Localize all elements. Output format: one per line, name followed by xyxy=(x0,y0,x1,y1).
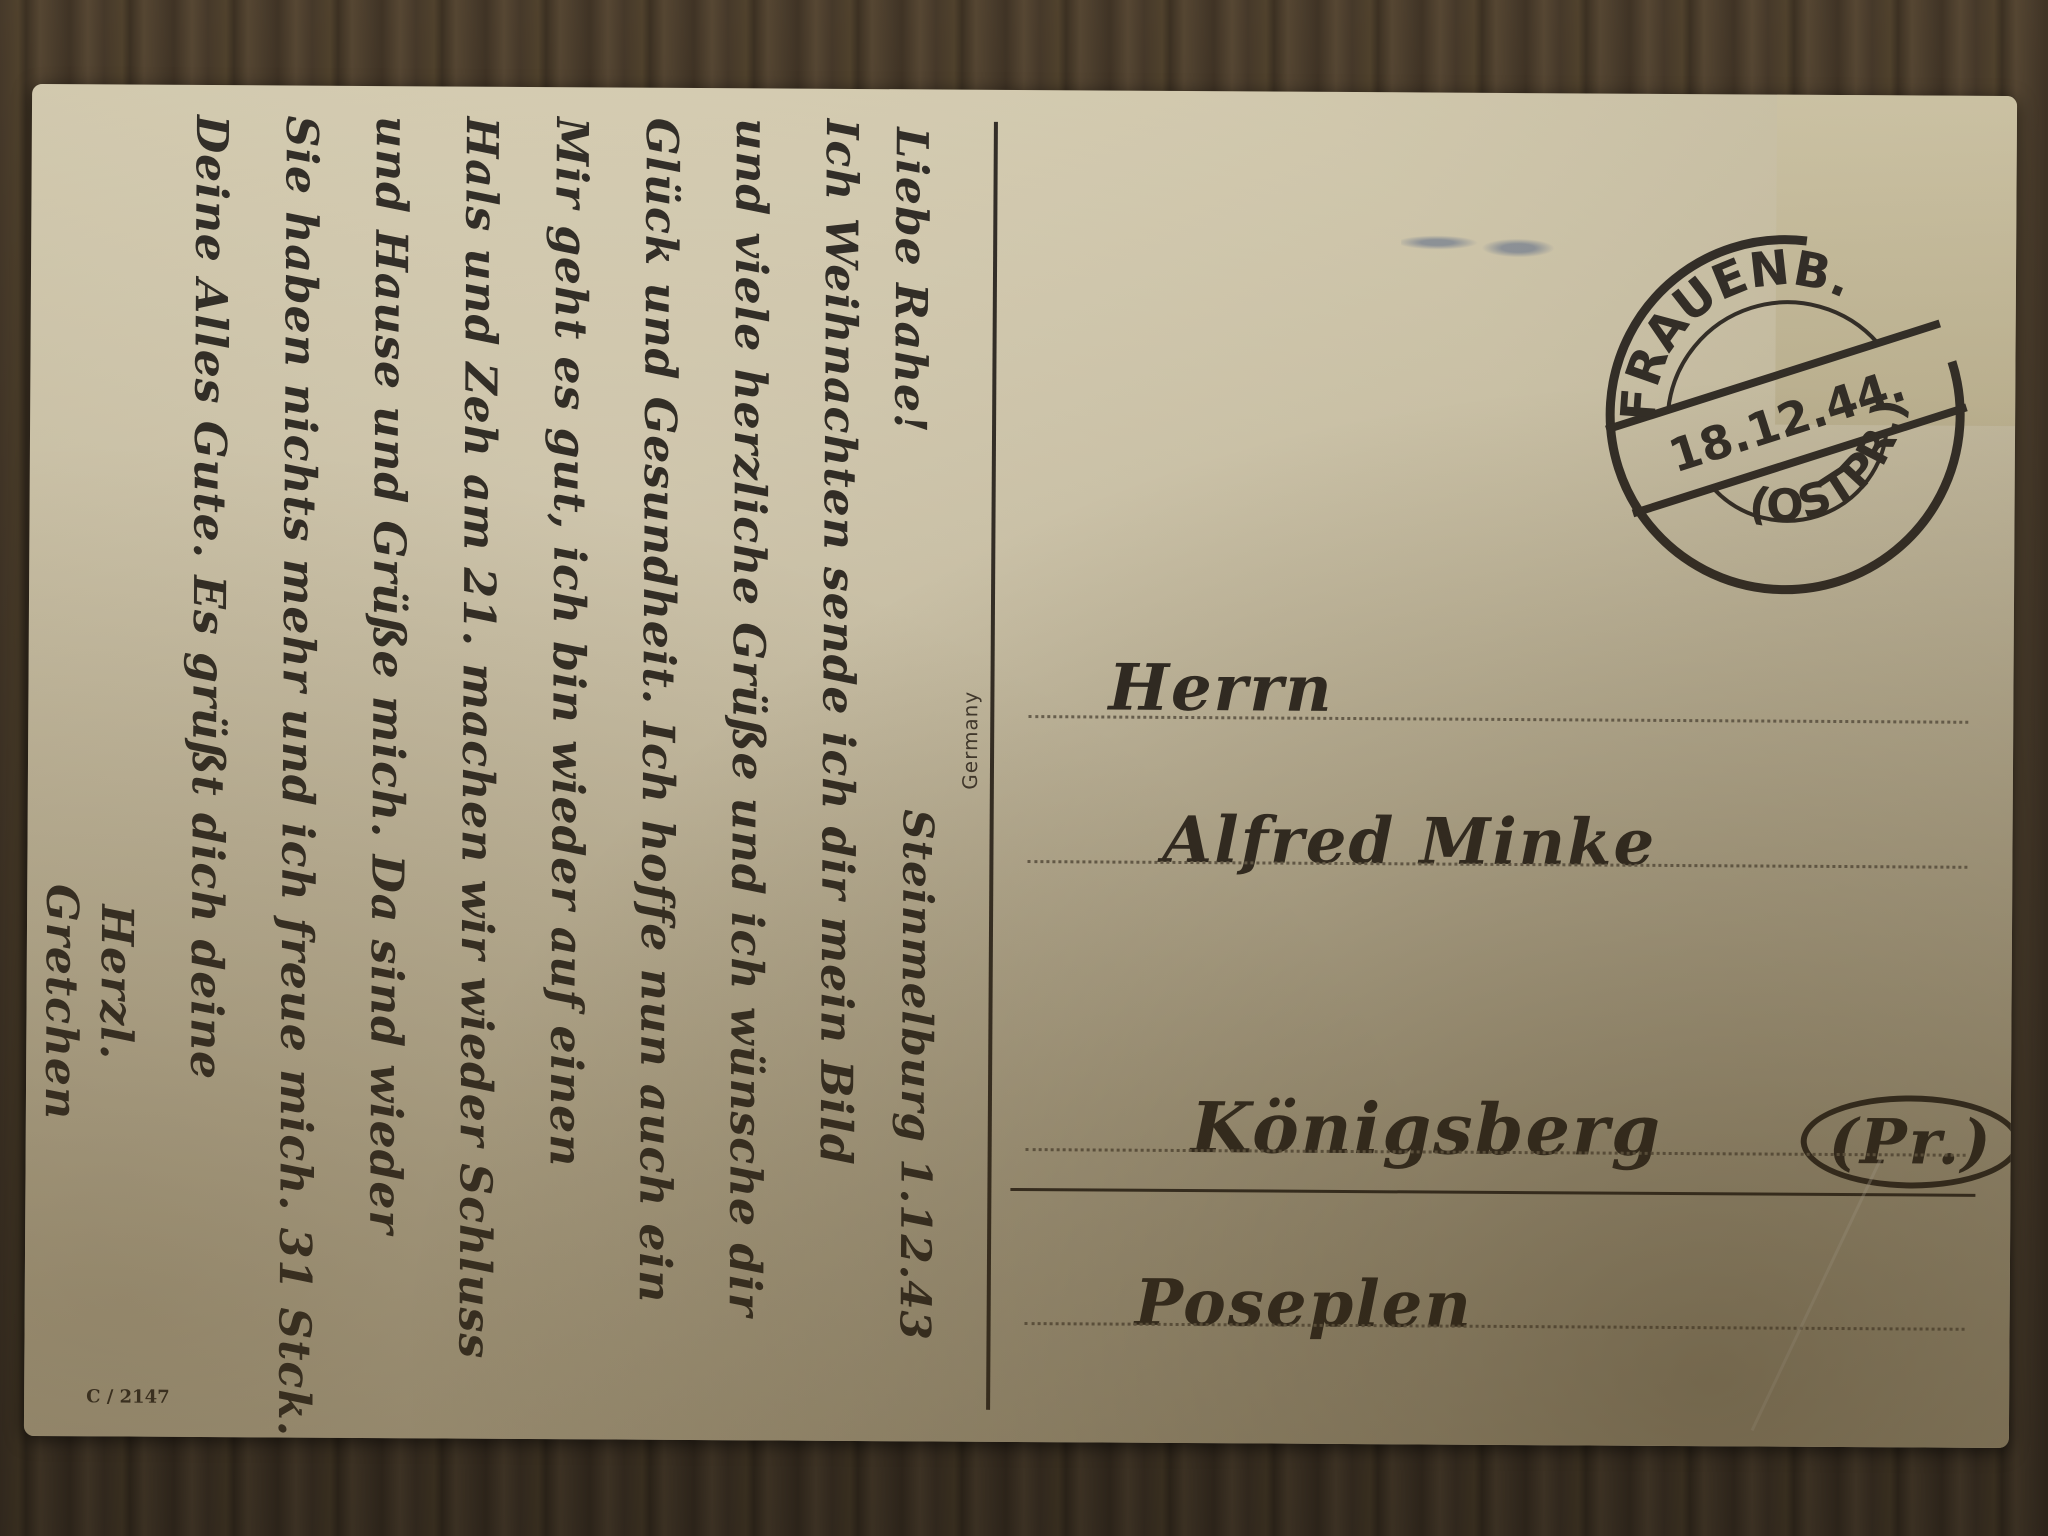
letter-greeting: Liebe Rahe! xyxy=(884,127,937,433)
letter-signature: Gretchen xyxy=(35,884,87,1120)
letter-closing: Herzl. xyxy=(90,904,142,1060)
letter-line: Deine Alles Gute. Es grüßt dich deine xyxy=(180,115,237,1080)
letter-line: und viele herzliche Grüße und ich wünsch… xyxy=(719,118,777,1317)
address-underline xyxy=(1010,1188,1975,1197)
postcard: Liebe Rahe! Steinmelburg 1.12.43 Ich Wei… xyxy=(24,84,2017,1448)
address-city-suffix: (Pr.) xyxy=(1800,1095,2017,1189)
ink-smudge xyxy=(1401,217,1581,268)
letter-place-date: Steinmelburg 1.12.43 xyxy=(890,809,942,1341)
paper-crease xyxy=(1751,1159,1882,1431)
letter-line: Hals und Zeh am 21. machen wir wieder Sc… xyxy=(448,117,507,1360)
address-name: Alfred Minke xyxy=(1162,803,1656,881)
center-divider xyxy=(986,122,998,1410)
letter-line: Ich Weihnachten sende ich dir mein Bild xyxy=(810,119,867,1166)
letter-line: und Hause und Grüße mich. Da sind wieder xyxy=(359,116,417,1235)
germany-imprint: Germany xyxy=(958,691,983,790)
address-street: Poseplen xyxy=(1134,1266,1473,1343)
letter-line: Sie haben nichts mehr und ich freue mich… xyxy=(268,115,327,1437)
letter-line: Mir geht es gut, ich bin wieder auf eine… xyxy=(540,117,597,1167)
address-city: Königsberg xyxy=(1191,1086,1663,1172)
print-number: C / 2147 xyxy=(86,1386,170,1408)
letter-line: Glück und Gesundheit. Ich hoffe nun auch… xyxy=(629,118,687,1304)
